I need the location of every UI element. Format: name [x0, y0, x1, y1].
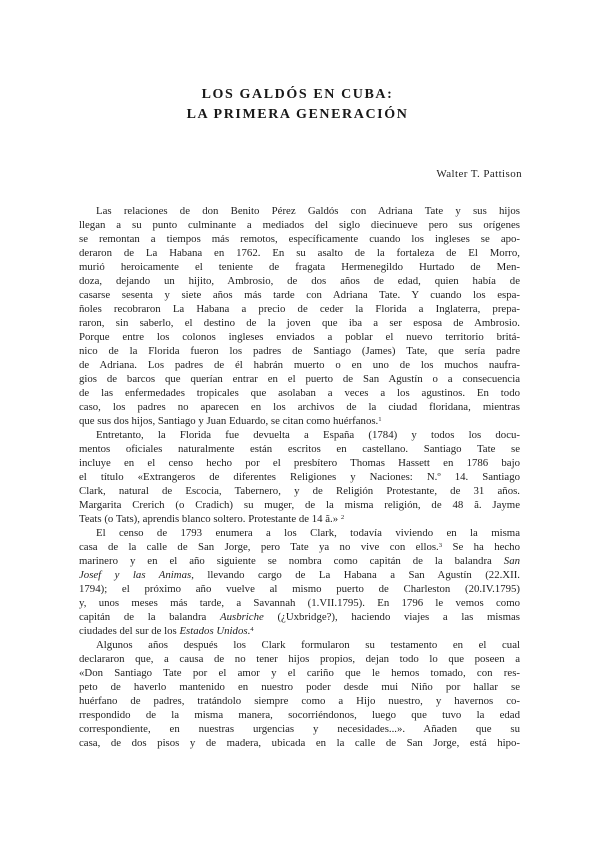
text-line: incluye en el censo hecho por el presbít… [79, 456, 520, 470]
text-segment: declararon que, a causa de no tener hijo… [79, 653, 520, 665]
text-segment: 1794); el próximo año vuelve al mismo pu… [79, 583, 520, 595]
text-line: y, unos meses más tarde, a Savannah (1.V… [79, 596, 520, 610]
footnote-marker: 3 [439, 542, 442, 549]
text-segment: Clark, natural de Escocia, Tabernero, y … [79, 485, 520, 497]
text-segment: que sus dos hijos, Santiago y Juan Eduar… [79, 415, 378, 427]
text-line: llegan a su punto culminante a mediados … [79, 218, 520, 232]
text-segment: ciudades del sur de los [79, 625, 179, 637]
text-segment: Entretanto, la Florida fue devuelta a Es… [96, 429, 520, 441]
text-line: peto de haverlo mantenido en nuestro pod… [79, 680, 520, 694]
text-line: de las enfermedades tropicales que asola… [79, 386, 520, 400]
text-segment: el título «Extrangeros de diferentes Rel… [79, 471, 520, 483]
text-segment: incluye en el censo hecho por el presbít… [79, 457, 520, 469]
text-segment: y, unos meses más tarde, a Savannah (1.V… [79, 597, 520, 609]
text-line: raron, sin saberlo, el destino de la jov… [79, 316, 520, 330]
footnote-marker: 2 [341, 514, 344, 521]
text-line: nico de la Florida fueron los padres de … [79, 344, 520, 358]
text-line: casarse sesenta y siete años más tarde c… [79, 288, 520, 302]
document-page: LOS GALDÓS EN CUBA: LA PRIMERA GENERACIÓ… [0, 0, 595, 842]
text-segment: doza, dejando un hijito, Ambrosio, de do… [79, 275, 520, 287]
text-segment: huérfano de padres, tratándolo siempre c… [79, 695, 520, 707]
text-segment: casarse sesenta y siete años más tarde c… [79, 289, 520, 301]
text-segment: (¿Uxbridge?), haciendo viajes a las mism… [264, 611, 520, 623]
text-segment: raron, sin saberlo, el destino de la jov… [79, 317, 520, 329]
text-segment: Las relaciones de don Benito Pérez Galdó… [96, 205, 520, 217]
text-line: El censo de 1793 enumera a los Clark, to… [79, 526, 520, 540]
text-line: Teats (o Tats), aprendis blanco soltero.… [79, 512, 520, 526]
text-segment: gios de barcos que querían entrar en el … [79, 373, 520, 385]
footnote-marker: 1 [378, 416, 381, 423]
text-line: murió heroicamente el teniente de fragat… [79, 260, 520, 274]
text-segment: El censo de 1793 enumera a los Clark, to… [96, 527, 520, 539]
text-segment: casa, de dos pisos y de madera, ubicada … [79, 737, 520, 749]
text-line: caso, los padres no aparecen en los arch… [79, 400, 520, 414]
text-line: se remontan a tiempos más remotos, espec… [79, 232, 520, 246]
text-segment: Margarita Crerich (o Cradich) su muger, … [79, 499, 520, 511]
text-line: gios de barcos que querían entrar en el … [79, 372, 520, 386]
text-line: 1794); el próximo año vuelve al mismo pu… [79, 582, 520, 596]
article-title: LOS GALDÓS EN CUBA: LA PRIMERA GENERACIÓ… [0, 85, 595, 125]
title-line-2: LA PRIMERA GENERACIÓN [0, 105, 595, 125]
italic-text: San [504, 555, 520, 567]
text-segment: «Don Santiago Tate por el amor y el cari… [79, 667, 520, 679]
text-segment: mentos oficiales naturalmente están escr… [79, 443, 520, 455]
text-line: Porque entre los colonos ingleses enviad… [79, 330, 520, 344]
text-line: ciudades del sur de los Estados Unidos.4 [79, 624, 520, 638]
text-line: correspondiente, en nuestras urgencias y… [79, 722, 520, 736]
title-line-1: LOS GALDÓS EN CUBA: [0, 85, 595, 105]
text-segment: caso, los padres no aparecen en los arch… [79, 401, 520, 413]
text-segment: marinero y en el año siguiente se nombra… [79, 555, 504, 567]
text-line: huérfano de padres, tratándolo siempre c… [79, 694, 520, 708]
text-segment: deraron de La Habana en 1762. En su asal… [79, 247, 520, 259]
text-line: capitán de la balandra Ausbriche (¿Uxbri… [79, 610, 520, 624]
text-line: marinero y en el año siguiente se nombra… [79, 554, 520, 568]
text-line: declararon que, a causa de no tener hijo… [79, 652, 520, 666]
text-line: Entretanto, la Florida fue devuelta a Es… [79, 428, 520, 442]
text-line: el título «Extrangeros de diferentes Rel… [79, 470, 520, 484]
text-line: rrespondido de la misma manera, socorrié… [79, 708, 520, 722]
text-segment: rrespondido de la misma manera, socorrié… [79, 709, 520, 721]
text-line: mentos oficiales naturalmente están escr… [79, 442, 520, 456]
text-line: casa, de dos pisos y de madera, ubicada … [79, 736, 520, 750]
text-line: Josef y las Animas, llevando cargo de La… [79, 568, 520, 582]
text-line: casa de la calle de San Jorge, pero Tate… [79, 540, 520, 554]
text-segment: , llevando cargo de La Habana a San Agus… [191, 569, 520, 581]
text-line: que sus dos hijos, Santiago y Juan Eduar… [79, 414, 520, 428]
text-segment: casa de la calle de San Jorge, pero Tate… [79, 541, 439, 553]
text-segment: de las enfermedades tropicales que asola… [79, 387, 520, 399]
text-segment: de Adriana. Los padres de él habrán muer… [79, 359, 520, 371]
italic-text: Josef y las Animas [79, 569, 191, 581]
text-segment: correspondiente, en nuestras urgencias y… [79, 723, 520, 735]
text-line: deraron de La Habana en 1762. En su asal… [79, 246, 520, 260]
text-line: Margarita Crerich (o Cradich) su muger, … [79, 498, 520, 512]
text-segment: peto de haverlo mantenido en nuestro pod… [79, 681, 520, 693]
text-line: de Adriana. Los padres de él habrán muer… [79, 358, 520, 372]
text-segment: llegan a su punto culminante a mediados … [79, 219, 520, 231]
text-segment: Algunos años después los Clark formularo… [96, 639, 520, 651]
text-line: «Don Santiago Tate por el amor y el cari… [79, 666, 520, 680]
text-line: doza, dejando un hijito, Ambrosio, de do… [79, 274, 520, 288]
text-line: ñoles recobraron La Habana a precio de c… [79, 302, 520, 316]
footnote-marker: 4 [250, 626, 253, 633]
italic-text: Ausbriche [220, 611, 264, 623]
text-segment: Teats (o Tats), aprendis blanco soltero.… [79, 513, 341, 525]
italic-text: Estados Unidos [179, 625, 247, 637]
author-name: Walter T. Pattison [79, 168, 522, 180]
text-line: Algunos años después los Clark formularo… [79, 638, 520, 652]
text-segment: ñoles recobraron La Habana a precio de c… [79, 303, 520, 315]
text-line: Las relaciones de don Benito Pérez Galdó… [79, 204, 520, 218]
text-segment: murió heroicamente el teniente de fragat… [79, 261, 520, 273]
text-line: Clark, natural de Escocia, Tabernero, y … [79, 484, 520, 498]
text-segment: nico de la Florida fueron los padres de … [79, 345, 520, 357]
text-segment: Se ha hecho [442, 541, 520, 553]
article-body: Las relaciones de don Benito Pérez Galdó… [79, 204, 520, 750]
text-segment: se remontan a tiempos más remotos, espec… [79, 233, 520, 245]
text-segment: capitán de la balandra [79, 611, 220, 623]
text-segment: Porque entre los colonos ingleses enviad… [79, 331, 520, 343]
